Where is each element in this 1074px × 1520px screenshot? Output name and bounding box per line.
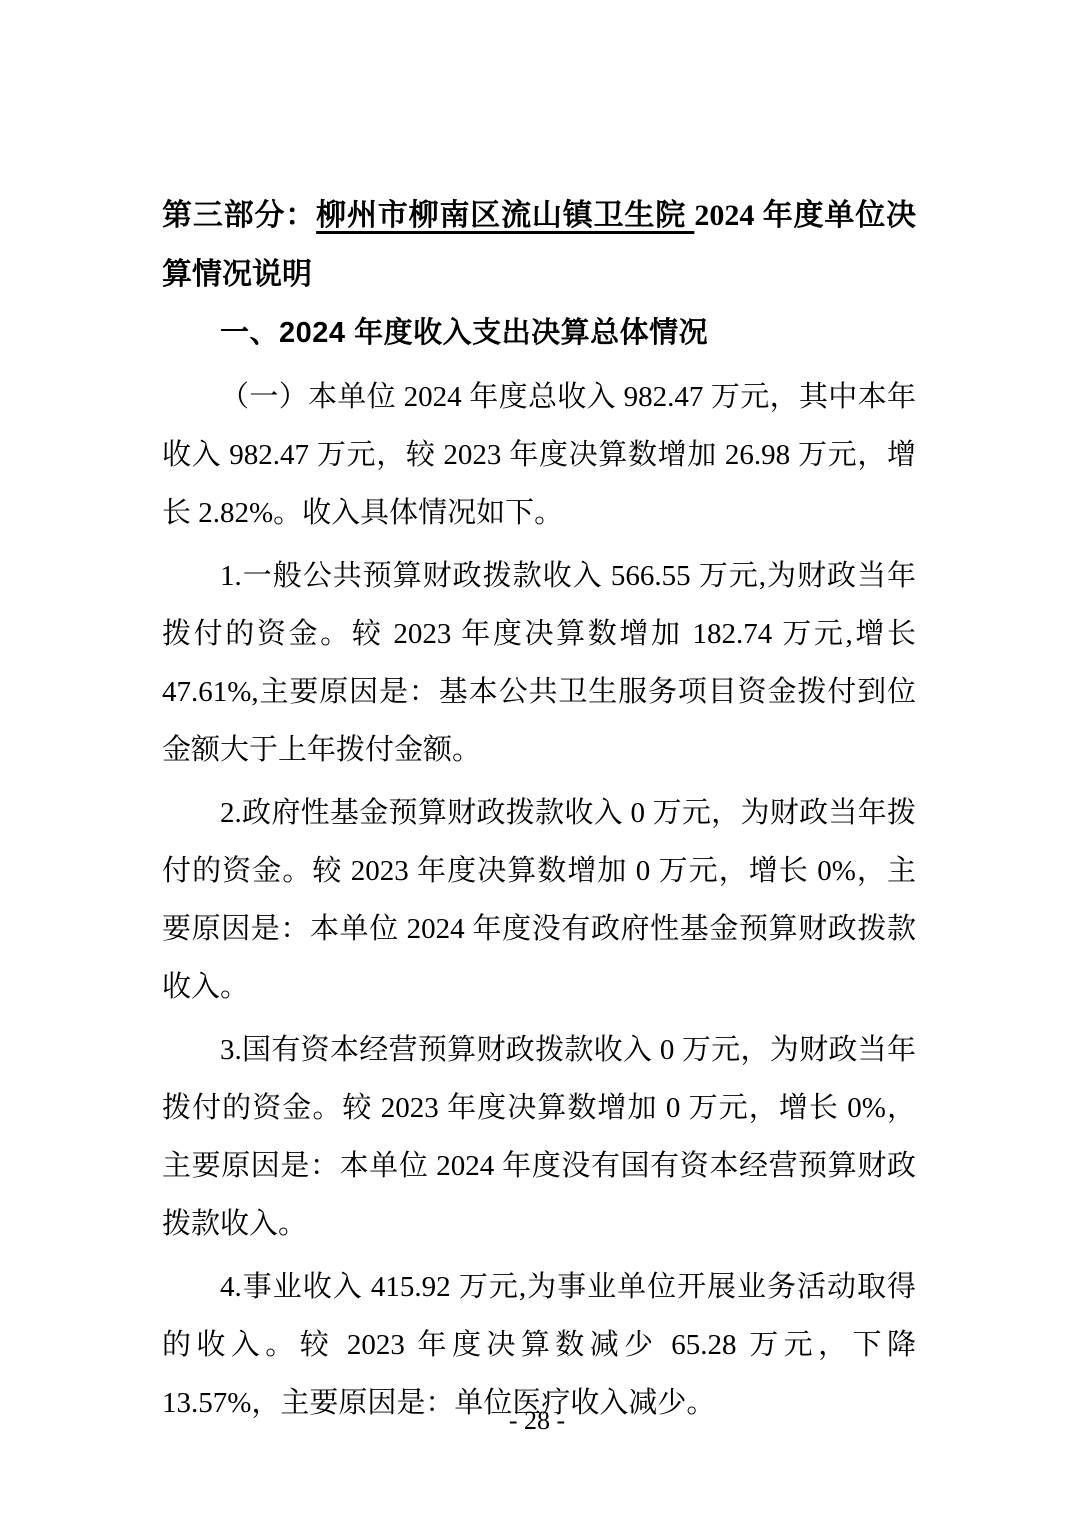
paragraph-state-capital-budget-income: 3.国有资本经营预算财政拨款收入 0 万元，为财政当年拨付的资金。较 2023 … bbox=[162, 1021, 916, 1253]
document-title: 第三部分：柳州市柳南区流山镇卫生院 2024 年度单位决算情况说明 bbox=[162, 186, 916, 304]
section-heading-overview: 一、2024 年度收入支出决算总体情况 bbox=[162, 304, 916, 362]
paragraph-general-public-budget-income: 1.一般公共预算财政拨款收入 566.55 万元,为财政当年拨付的资金。较 20… bbox=[162, 547, 916, 779]
document-page: 第三部分：柳州市柳南区流山镇卫生院 2024 年度单位决算情况说明 一、2024… bbox=[0, 0, 1074, 1520]
document-title-unit-name: 柳州市柳南区流山镇卫生院 bbox=[316, 199, 694, 232]
page-number: - 28 - bbox=[0, 1406, 1074, 1436]
document-title-prefix: 第三部分： bbox=[162, 199, 316, 232]
paragraph-total-income: （一）本单位 2024 年度总收入 982.47 万元，其中本年收入 982.4… bbox=[162, 368, 916, 542]
paragraph-government-fund-budget-income: 2.政府性基金预算财政拨款收入 0 万元，为财政当年拨付的资金。较 2023 年… bbox=[162, 784, 916, 1016]
